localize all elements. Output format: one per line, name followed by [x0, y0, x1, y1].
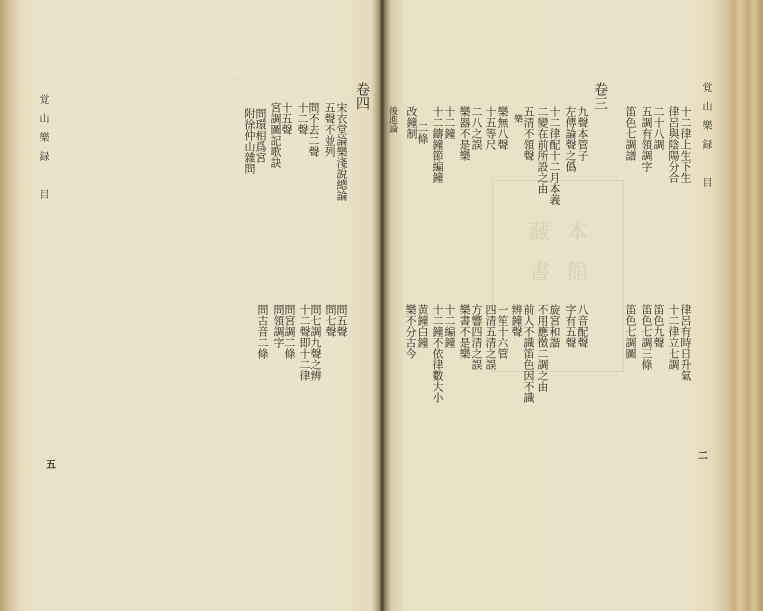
stamp-char: 書: [522, 260, 552, 282]
toc-entry: 附徐仲山雜問: [243, 108, 255, 174]
toc-entry: 樂不分古今: [404, 304, 416, 359]
toc-entry: 問七聲: [324, 304, 336, 337]
toc-entry: 辨鐘聲: [510, 304, 522, 337]
toc-entry: 方響四清之誤: [470, 304, 482, 370]
toc-entry: 十五等尺: [484, 106, 496, 150]
toc-entry: 字有五聲: [564, 304, 576, 348]
toc-entry: 改鐘制: [405, 106, 417, 139]
toc-entry: 八音配聲: [576, 304, 588, 348]
toc-entry: 笛色七調圖: [624, 304, 636, 359]
toc-entry: 四清五清之誤: [484, 304, 496, 370]
toc-entry: 二變在前所設之由: [536, 106, 548, 194]
toc-entry: 笛色七調譜: [624, 106, 636, 161]
toc-entry: 十二律上生下生: [679, 106, 691, 183]
toc-entry: 十二鑄鐘節編鐘: [431, 106, 443, 183]
toc-entry: 一笙十六管: [496, 304, 508, 359]
toc-entry: 十二鐘不依律數大小: [431, 304, 443, 403]
bleed-through-text: ・・・: [230, 60, 243, 600]
volume-heading: 卷三: [592, 82, 607, 110]
toc-entry: 律呂有時日升氣: [679, 304, 691, 381]
toc-entry: 十二聲: [296, 102, 308, 135]
toc-entry: 宋衣堂論樂淺說總論: [335, 102, 347, 201]
page-number: 五: [46, 456, 56, 471]
toc-entry: 十二鐘: [443, 106, 455, 139]
toc-entry: 二十八調: [652, 106, 664, 150]
toc-entry: 樂無八聲: [496, 106, 508, 150]
toc-entry: 宮調圖記歌訣: [269, 102, 281, 168]
toc-entry: 十二律配十二月本義: [548, 106, 560, 205]
stamp-char: 本: [560, 220, 590, 242]
right-page: 本 館 藏 書 覚山樂録 目 十二律上生下生 律呂與陰陽分合 二十八調 五調有領…: [382, 0, 763, 611]
toc-entry: 黄鐘白鐘: [416, 304, 428, 348]
toc-entry: 前人不識笛色因不識: [522, 304, 534, 403]
left-page: ・・・ 覚山樂録 目 卷四 宋衣堂論樂淺說總論 五聲不並列 問不去二聲 十二聲 …: [0, 0, 382, 611]
toc-entry: 五調有領調字: [640, 106, 652, 172]
toc-entry: 笛色九聲: [652, 304, 664, 348]
toc-entry: 五清不領聲: [522, 106, 534, 161]
toc-entry: 樂: [512, 114, 522, 123]
stamp-char: 藏: [522, 220, 552, 242]
volume-heading: 卷四: [354, 82, 369, 110]
toc-entry: 旋宮和諧: [548, 304, 560, 348]
toc-entry: 九聲本管子: [576, 106, 588, 161]
toc-entry: 笛色七調三條: [640, 304, 652, 370]
toc-entry: 問領調字: [272, 304, 284, 348]
toc-entry: 律呂與陰陽分合: [667, 106, 679, 183]
running-title: 覚山樂録 目: [699, 82, 711, 196]
stamp-char: 館: [560, 260, 590, 282]
toc-entry: 十二律立七調: [667, 304, 679, 370]
page-number: 二: [698, 447, 708, 462]
toc-entry: 左傳論聲之僞: [564, 106, 576, 172]
toc-entry: 十二編鐘: [443, 304, 455, 348]
toc-entry: 樂書不是樂: [458, 304, 470, 359]
toc-entry: 十二聲即十二律: [298, 304, 310, 381]
toc-entry: 五聲不並列: [323, 102, 335, 157]
toc-entry: 後進論: [387, 106, 397, 133]
toc-entry: 問古音二條: [256, 304, 268, 359]
toc-entry: 不用應徵二調之由: [536, 304, 548, 392]
toc-entry: 樂器不是樂: [458, 106, 470, 161]
running-title: 覚山樂録 目: [36, 94, 48, 208]
book-spread: ・・・ 覚山樂録 目 卷四 宋衣堂論樂淺說總論 五聲不並列 問不去二聲 十二聲 …: [0, 0, 763, 611]
toc-entry: 二八之誤: [470, 106, 482, 150]
